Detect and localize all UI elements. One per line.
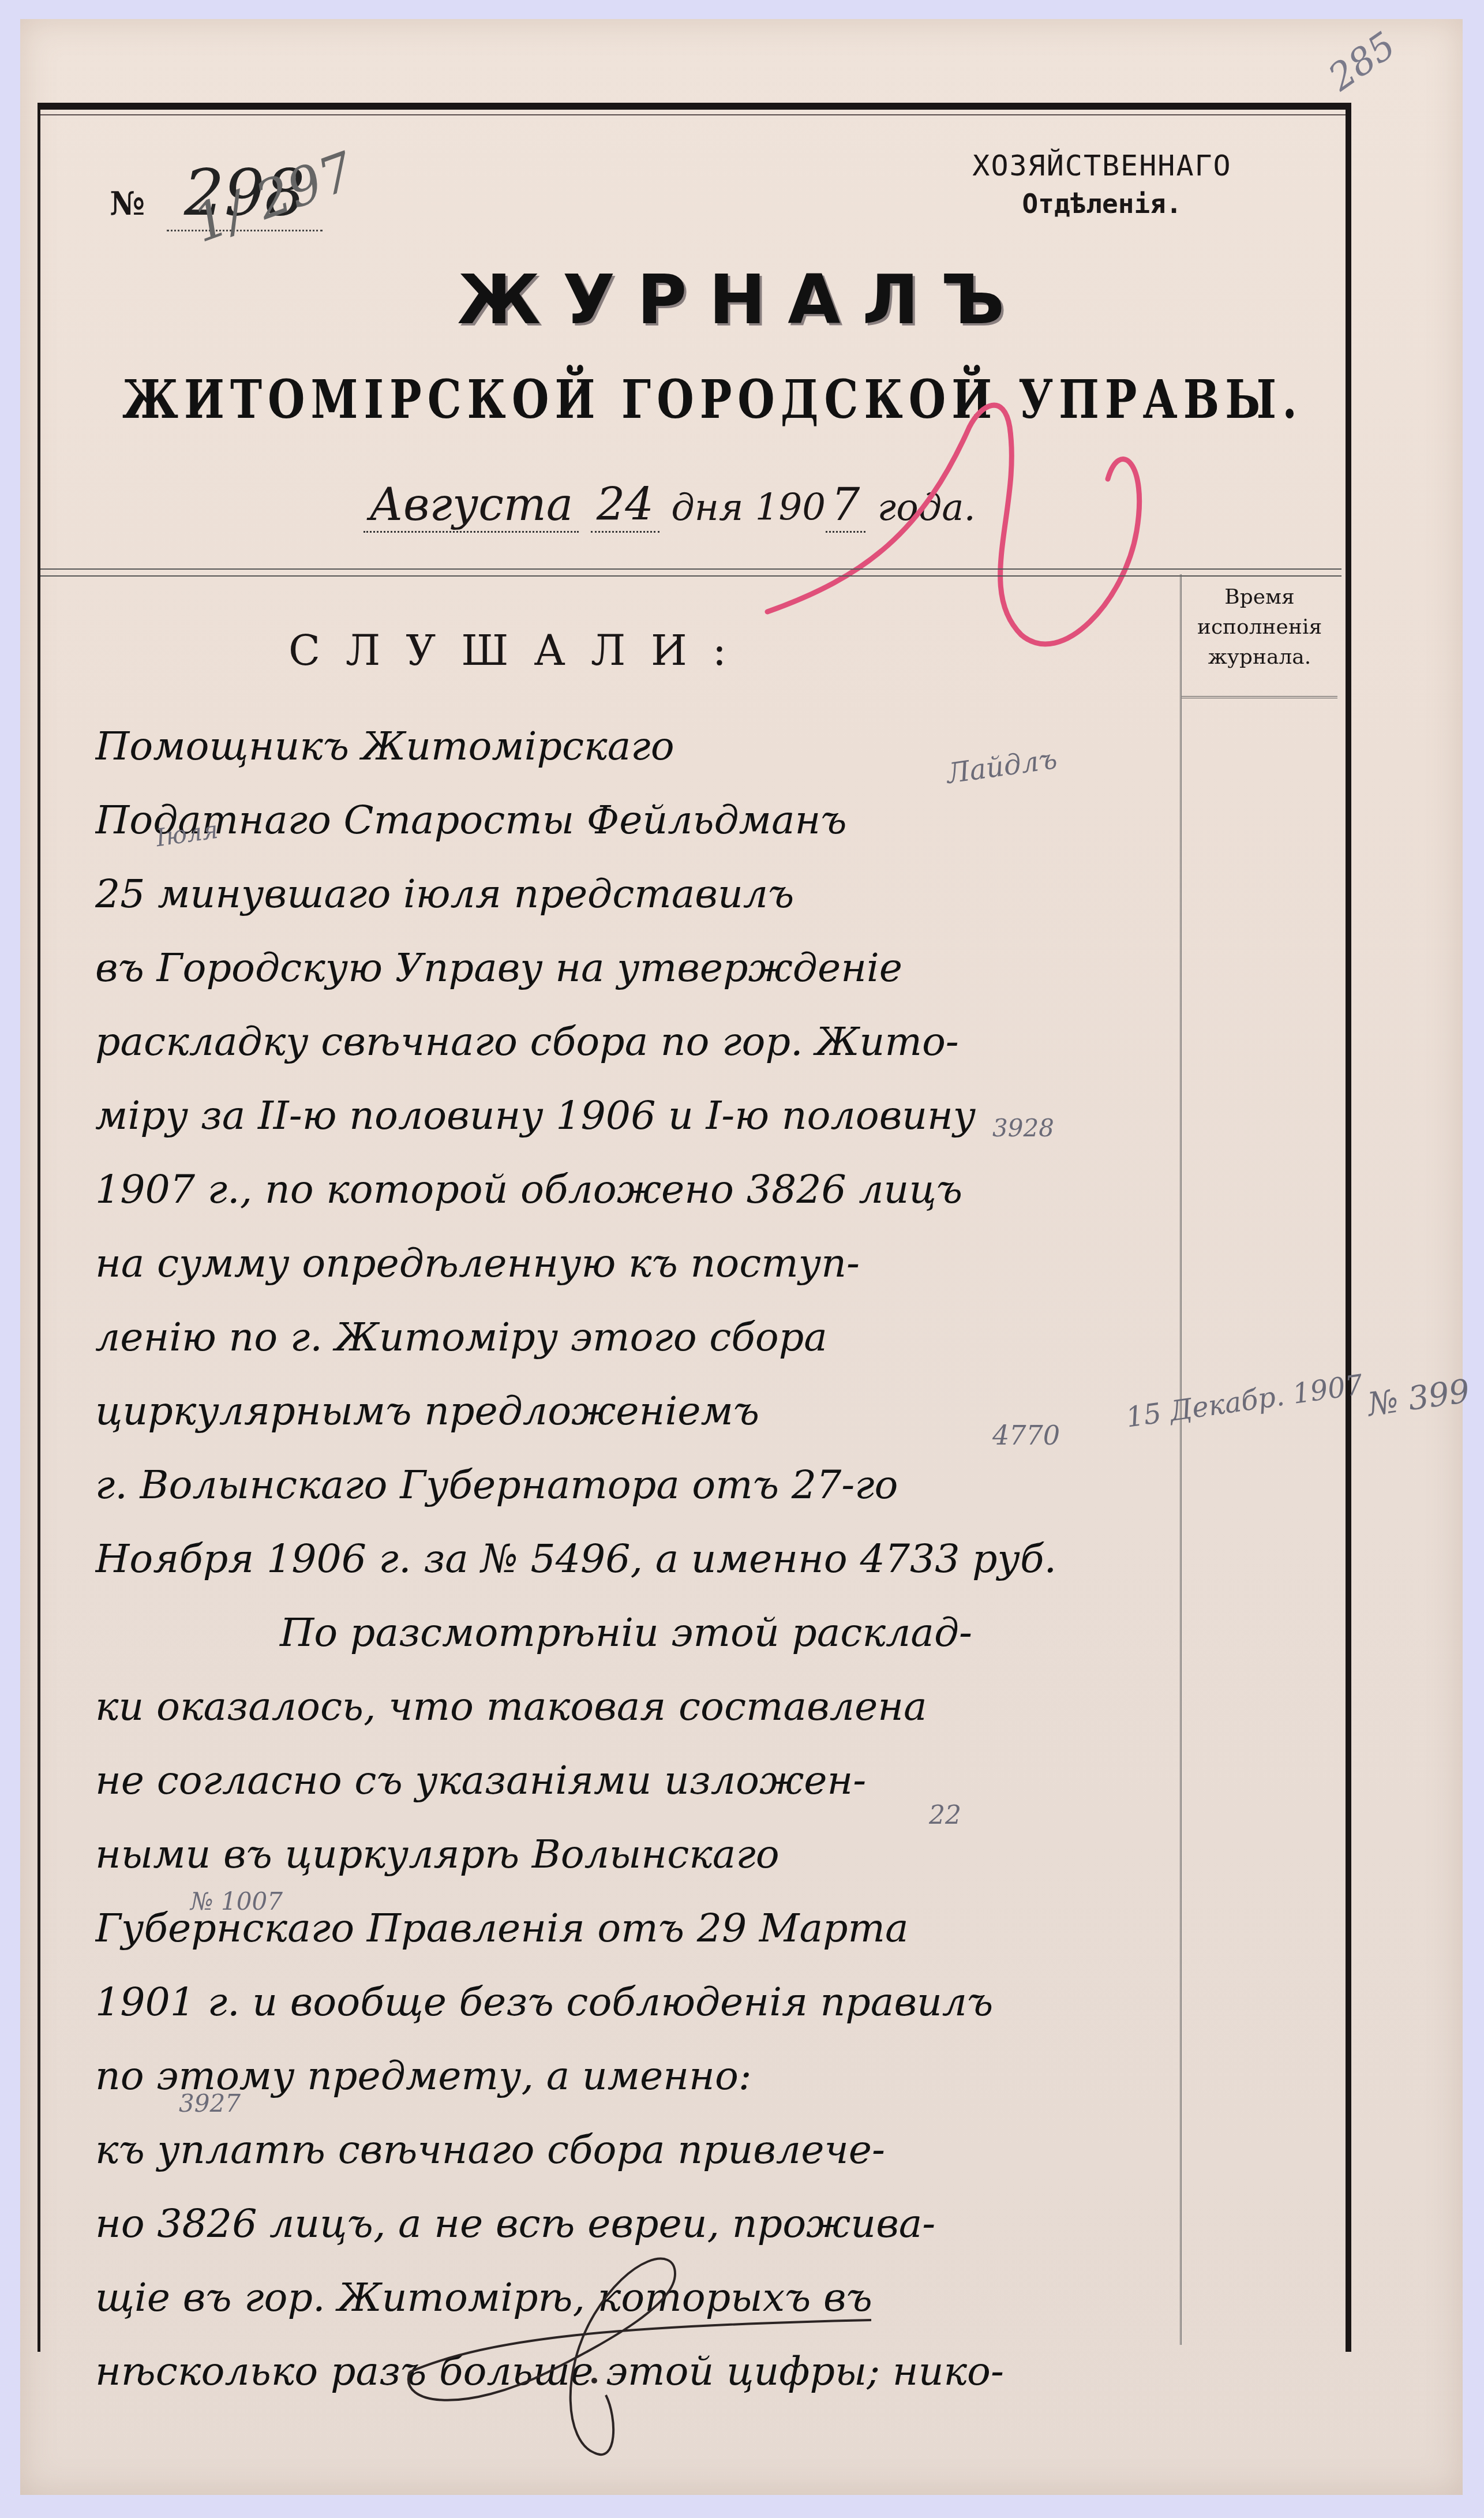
department-heading: ХОЗЯЙСТВЕННАГО Отдѣленія.	[883, 149, 1321, 219]
date-day-label: дня	[671, 487, 743, 529]
body-line: 1907 г., по которой обложено 3826 лицъ	[95, 1153, 1180, 1227]
department-line-2: Отдѣленія.	[883, 188, 1321, 219]
document-title: ЖУРНАЛЪ	[0, 260, 1484, 339]
annotation-march-correction: 22	[929, 1801, 961, 1830]
body-line: г. Волынскаго Губернатора отъ 27-го	[95, 1449, 1180, 1522]
body-line: на сумму опредѣленную къ поступ-	[95, 1227, 1180, 1301]
body-line: По разсмотрѣніи этой расклад-	[95, 1596, 1180, 1670]
date-year-prefix: 190	[755, 487, 826, 529]
body-line: ными въ циркулярѣ Волынскаго	[95, 1818, 1180, 1892]
body-line: не согласно съ указаніями изложен-	[95, 1744, 1180, 1818]
department-line-1: ХОЗЯЙСТВЕННАГО	[883, 149, 1321, 182]
header-line-2: исполненія	[1182, 612, 1337, 642]
body-line: Ноября 1906 г. за № 5496, а именно 4733 …	[95, 1522, 1180, 1596]
document-subtitle: ЖИТОМІРСКОЙ ГОРОДСКОЙ УПРАВЫ.	[87, 369, 1339, 431]
date-day: 24	[591, 479, 659, 533]
annotation-sum-correction: 4770	[992, 1420, 1060, 1451]
header-separator	[40, 568, 1341, 577]
section-title: СЛУШАЛИ:	[288, 626, 752, 675]
header-line-3: журнала.	[1182, 642, 1337, 672]
body-line: по этому предмету, а именно:	[95, 2040, 1180, 2113]
execution-time-header: Время исполненія журнала.	[1182, 574, 1337, 698]
date-line: Августа 24 дня 1907 года.	[363, 479, 976, 531]
execution-time-column: Время исполненія журнала.	[1180, 574, 1337, 2345]
body-line: къ уплатѣ свѣчнаго сбора привлече-	[95, 2113, 1180, 2187]
body-line: 1901 г. и вообще безъ соблюденія правилъ	[95, 1966, 1180, 2040]
date-month: Августа	[363, 479, 579, 533]
header-line-1: Время	[1182, 582, 1337, 612]
body-line: ки оказалось, что таковая составлена	[95, 1670, 1180, 1744]
handwritten-body: Помощникъ Житомірскаго Податнаго Старост…	[95, 710, 1180, 2409]
body-line: 25 минувшаго іюля представилъ	[95, 858, 1180, 931]
annotation-count-correction-1: 3928	[992, 1114, 1054, 1142]
number-sign: №	[110, 185, 145, 223]
body-line: въ Городскую Управу на утвержденіе	[95, 931, 1180, 1005]
annotation-year-correction: № 1007	[190, 1887, 283, 1915]
body-line: Податнаго Старосты Фейльдманъ	[95, 784, 1180, 858]
annotation-count-correction-2: 3927	[179, 2089, 241, 2117]
body-line: ленію по г. Житоміру этого сбора	[95, 1301, 1180, 1375]
body-line: раскладку свѣчнаго сбора по гор. Жито-	[95, 1005, 1180, 1079]
date-year-label: года.	[878, 487, 976, 529]
signature-flourish-icon	[375, 2222, 894, 2476]
date-year-suffix: 7	[826, 479, 866, 533]
